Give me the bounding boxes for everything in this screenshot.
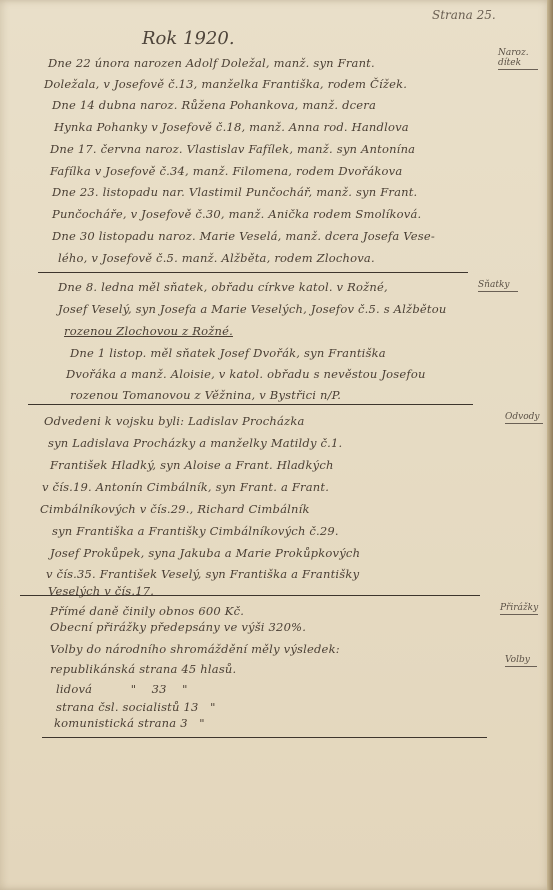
- marriages-line-5: Dvořáka a manž. Aloisie, v katol. obřadu…: [66, 367, 426, 381]
- section-divider-1: [38, 272, 468, 273]
- elections-line-2: republikánská strana 45 hlasů.: [50, 662, 236, 676]
- margin-note-conscription: Odvody: [505, 412, 543, 424]
- conscription-line-8: v čís.35. František Veselý, syn Františk…: [46, 567, 359, 581]
- ledger-page: Strana 25. Rok 1920. Naroz. dítek Dne 22…: [0, 0, 553, 890]
- section-divider-4: [42, 737, 487, 738]
- book-spine-shadow: [547, 0, 553, 890]
- births-line-7: Dne 23. listopadu nar. Vlastimil Punčoch…: [52, 185, 417, 199]
- births-line-8: Punčocháře, v Josefově č.30, manž. Aničk…: [52, 207, 421, 221]
- conscription-line-1: Odvedeni k vojsku byli: Ladislav Procház…: [44, 414, 305, 428]
- marriages-line-6: rozenou Tomanovou z Věžnina, v Bystřici …: [70, 388, 341, 402]
- conscription-line-7: Josef Prokůpek, syna Jakuba a Marie Prok…: [50, 546, 360, 560]
- elections-line-5: komunistická strana 3 ": [54, 716, 205, 730]
- births-line-1: Dne 22 února narozen Adolf Doležal, manž…: [48, 56, 375, 70]
- births-line-5: Dne 17. června naroz. Vlastislav Fafílek…: [50, 142, 415, 156]
- births-line-6: Fafílka v Josefově č.34, manž. Filomena,…: [50, 164, 402, 178]
- margin-note-elections: Volby: [505, 655, 537, 667]
- elections-line-4: strana čsl. socialistů 13 ": [56, 700, 216, 714]
- conscription-line-2: syn Ladislava Procházky a manželky Matil…: [48, 436, 342, 450]
- section-divider-2: [28, 404, 473, 405]
- conscription-line-6: syn Františka a Františky Cimbálníkových…: [52, 524, 339, 538]
- taxes-line-1: Přímé daně činily obnos 600 Kč.: [50, 604, 244, 618]
- conscription-line-5: Cimbálníkových v čís.29., Richard Cimbál…: [40, 502, 310, 516]
- marriages-line-2: Josef Veselý, syn Josefa a Marie Veselýc…: [58, 302, 446, 316]
- conscription-line-3: František Hladký, syn Aloise a Frant. Hl…: [50, 458, 334, 472]
- marriages-line-4: Dne 1 listop. měl sňatek Josef Dvořák, s…: [70, 346, 386, 360]
- marriages-line-1: Dne 8. ledna měl sňatek, obřadu církve k…: [58, 280, 388, 294]
- births-line-2: Doležala, v Josefově č.13, manželka Fran…: [44, 77, 407, 91]
- marriages-line-3: rozenou Zlochovou z Rožné.: [64, 324, 233, 338]
- margin-note-births: Naroz. dítek: [498, 48, 538, 70]
- taxes-line-2: Obecní přirážky předepsány ve výši 320%.: [50, 620, 306, 634]
- margin-note-marriages: Sňatky: [478, 280, 518, 292]
- elections-line-3: lidová " 33 ": [56, 682, 188, 696]
- section-divider-3: [20, 595, 480, 596]
- year-title: Rok 1920.: [142, 28, 235, 49]
- births-line-9: Dne 30 listopadu naroz. Marie Veselá, ma…: [52, 229, 435, 243]
- page-number: Strana 25.: [432, 8, 496, 22]
- elections-line-1: Volby do národního shromáždění měly výsl…: [50, 642, 340, 656]
- margin-note-surcharges: Přirážky: [500, 603, 538, 615]
- births-line-3: Dne 14 dubna naroz. Růžena Pohankova, ma…: [52, 98, 376, 112]
- births-line-10: lého, v Josefově č.5. manž. Alžběta, rod…: [58, 251, 375, 265]
- conscription-line-4: v čís.19. Antonín Cimbálník, syn Frant. …: [42, 480, 329, 494]
- births-line-4: Hynka Pohanky v Josefově č.18, manž. Ann…: [54, 120, 409, 134]
